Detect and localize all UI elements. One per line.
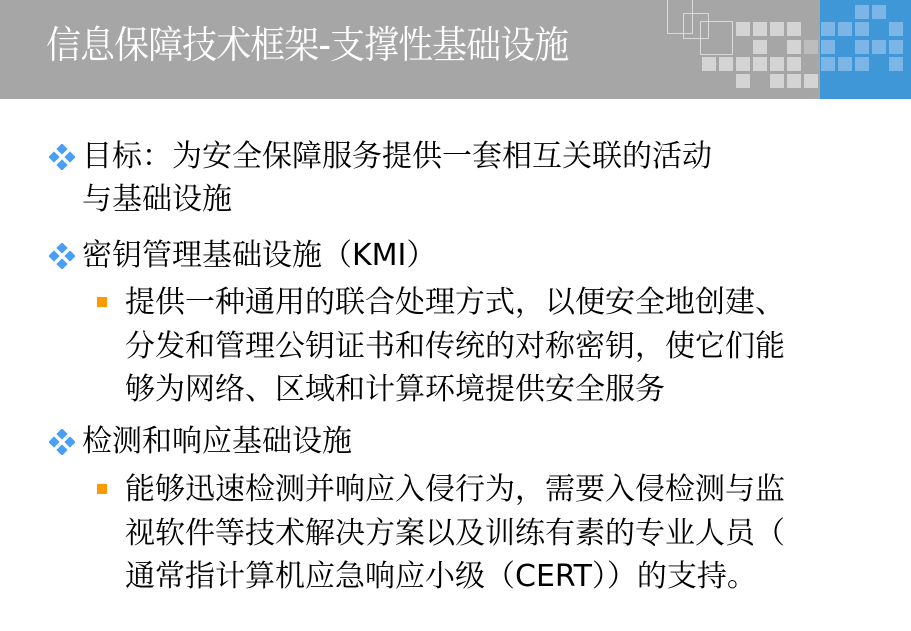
- bullet-text: 目标：为安全保障服务提供一套相互关联的活动: [82, 137, 712, 177]
- sub-bullet-text: 分发和管理公钥证书和传统的对称密钥，使它们能: [125, 327, 785, 367]
- sub-bullet-text: 够为网络、区域和计算环境提供安全服务: [125, 370, 665, 410]
- diamond-bullet-icon: [49, 243, 75, 269]
- bullet-text: 检测和响应基础设施: [82, 422, 352, 462]
- diamond-bullet-icon: [49, 429, 75, 455]
- sub-bullet-text: 能够迅速检测并响应入侵行为，需要入侵检测与监: [125, 470, 785, 510]
- bullet-text: 与基础设施: [82, 180, 232, 220]
- sub-bullet-text: 通常指计算机应急响应小级（CERT））的支持。: [125, 557, 757, 597]
- slide-body: 目标：为安全保障服务提供一套相互关联的活动 与基础设施 密钥管理基础设施（KMI…: [0, 0, 911, 631]
- sub-bullet-text: 提供一种通用的联合处理方式，以便安全地创建、: [125, 283, 785, 323]
- square-bullet-icon: [97, 297, 107, 307]
- bullet-text: 密钥管理基础设施（KMI）: [82, 236, 436, 276]
- diamond-bullet-icon: [49, 144, 75, 170]
- square-bullet-icon: [97, 484, 107, 494]
- sub-bullet-text: 视软件等技术解决方案以及训练有素的专业人员（: [125, 514, 785, 554]
